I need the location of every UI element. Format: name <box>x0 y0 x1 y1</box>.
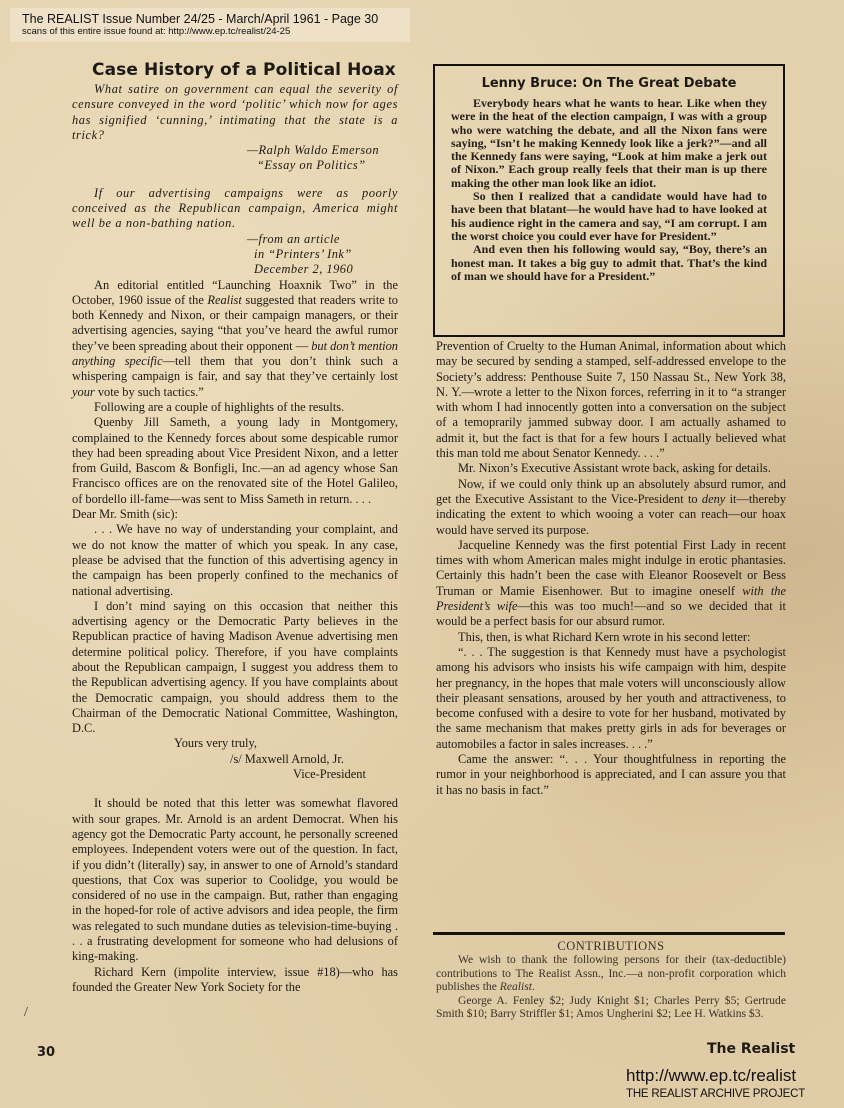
section-divider <box>433 932 785 935</box>
paragraph-second-letter-intro: This, then, is what Richard Kern wrote i… <box>436 630 786 645</box>
article-title: Case History of a Political Hoax <box>92 60 398 80</box>
paragraph-kern-start: Richard Kern (impolite interview, issue … <box>72 965 398 996</box>
sidebar-title: Lenny Bruce: On The Great Debate <box>451 76 767 91</box>
letter-salutation: Dear Mr. Smith (sic): <box>72 507 398 522</box>
letter-signer-title: Vice-President <box>72 767 398 782</box>
epigraph-emerson: What satire on government can equal the … <box>72 82 398 143</box>
sidebar-paragraph: Everybody hears what he wants to hear. L… <box>451 97 767 190</box>
archive-url-link[interactable]: http://www.ep.tc/realist <box>626 1066 796 1086</box>
epigraph-emerson-source: “Essay on Politics” <box>72 158 398 173</box>
archive-project-name: THE REALIST ARCHIVE PROJECT <box>626 1088 805 1100</box>
contributions-section: CONTRIBUTIONS We wish to thank the follo… <box>436 940 786 1020</box>
lenny-bruce-sidebar: Lenny Bruce: On The Great Debate Everybo… <box>433 64 785 337</box>
paragraph-sour-grapes: It should be noted that this letter was … <box>72 796 398 964</box>
banner-subtitle: scans of this entire issue found at: htt… <box>22 26 410 38</box>
epigraph-printers-ink-date: December 2, 1960 <box>72 262 398 277</box>
contributions-list: George A. Fenley $2; Judy Knight $1; Cha… <box>436 994 786 1021</box>
epigraph-emerson-author: —Ralph Waldo Emerson <box>72 143 398 158</box>
epigraph-printers-ink: If our advertising campaigns were as poo… <box>72 186 398 232</box>
left-column: Case History of a Political Hoax What sa… <box>72 60 398 995</box>
paragraph-answer: Came the answer: “. . . Your thoughtfuln… <box>436 752 786 798</box>
magazine-name: The Realist <box>707 1041 795 1057</box>
banner-title: The REALIST Issue Number 24/25 - March/A… <box>22 12 410 26</box>
paragraph-second-letter-quote: “. . . The suggestion is that Kennedy mu… <box>436 645 786 752</box>
paragraph-intro: An editorial entitled “Launching Hoaxnik… <box>72 278 398 400</box>
letter-signature: /s/ Maxwell Arnold, Jr. <box>72 752 398 767</box>
pencil-mark: / <box>24 1005 28 1021</box>
page-number: 30 <box>37 1045 55 1060</box>
contributions-title: CONTRIBUTIONS <box>436 940 786 953</box>
epigraph-printers-ink-attr1: —from an article <box>72 232 398 247</box>
paragraph-highlights: Following are a couple of highlights of … <box>72 400 398 415</box>
paragraph-jacqueline: Jacqueline Kennedy was the first potenti… <box>436 538 786 630</box>
sidebar-paragraph: So then I realized that a candidate woul… <box>451 190 767 243</box>
letter-paragraph-1: . . . We have no way of understanding yo… <box>72 522 398 598</box>
paragraph-kern-continued: Prevention of Cruelty to the Human Anima… <box>436 339 786 461</box>
epigraph-printers-ink-attr2: in “Printers’ Ink” <box>72 247 398 262</box>
letter-closing: Yours very truly, <box>72 736 398 751</box>
sidebar-paragraph: And even then his following would say, “… <box>451 243 767 283</box>
letter-paragraph-2: I don’t mind saying on this occasion tha… <box>72 599 398 737</box>
contributions-intro: We wish to thank the following persons f… <box>436 953 786 993</box>
paragraph-nixon-reply: Mr. Nixon’s Executive Assistant wrote ba… <box>436 461 786 476</box>
right-column: Prevention of Cruelty to the Human Anima… <box>436 339 786 798</box>
paragraph-sameth: Quenby Jill Sameth, a young lady in Mont… <box>72 415 398 507</box>
paragraph-absurd-rumor: Now, if we could only think up an absolu… <box>436 477 786 538</box>
scan-info-banner: The REALIST Issue Number 24/25 - March/A… <box>10 8 410 42</box>
